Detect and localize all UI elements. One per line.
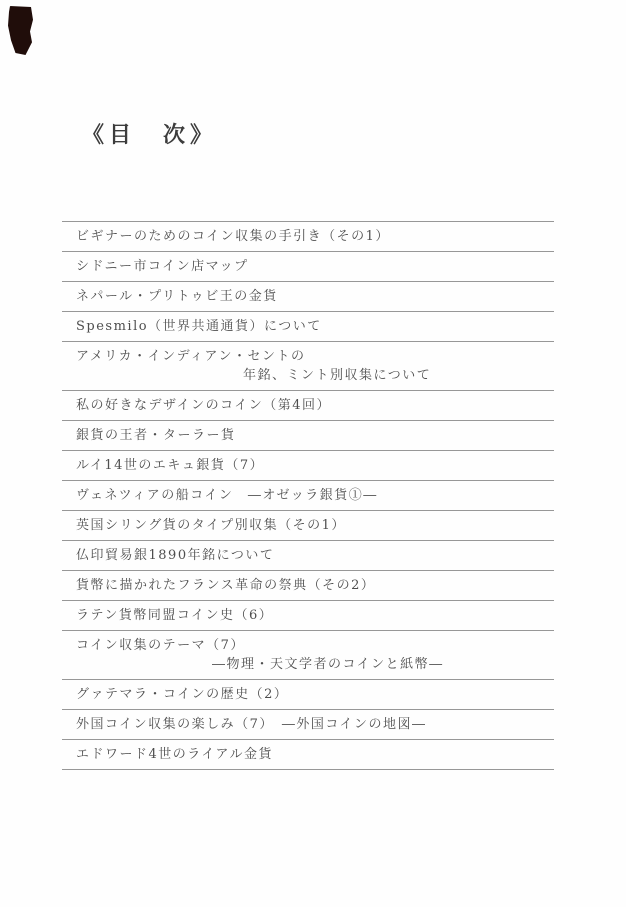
toc-row: ラテン貨幣同盟コイン史（6） [62, 601, 554, 631]
toc-row: 外国コイン収集の楽しみ（7） ―外国コインの地図― [62, 710, 554, 740]
toc-entry-title: ビギナーのためのコイン収集の手引き（その1） [76, 227, 554, 246]
toc-row: コイン収集のテーマ（7）―物理・天文学者のコインと紙幣― [62, 631, 554, 680]
toc-entry-title: 英国シリング貨のタイプ別収集（その1） [76, 516, 554, 535]
toc-entry-title: Spesmilo（世界共通通貨）について [76, 317, 554, 336]
scanned-toc-page: 《目 次》 ビギナーのためのコイン収集の手引き（その1）シドニー市コイン店マップ… [0, 0, 626, 907]
toc-row: ヴェネツィアの船コイン ―オゼッラ銀貨①― [62, 481, 554, 511]
toc-row: ネパール・プリトゥビ王の金貨 [62, 282, 554, 312]
toc-entry-title: 銀貨の王者・ターラー貨 [76, 426, 554, 445]
toc-entry-title: ラテン貨幣同盟コイン史（6） [76, 606, 554, 625]
toc-entry-title: コイン収集のテーマ（7） [76, 636, 554, 655]
toc-row: Spesmilo（世界共通通貨）について [62, 312, 554, 342]
toc-row: 仏印貿易銀1890年銘について [62, 541, 554, 571]
toc-row: 銀貨の王者・ターラー貨 [62, 421, 554, 451]
toc-entry-title: ヴェネツィアの船コイン ―オゼッラ銀貨①― [76, 486, 554, 505]
toc-row: ビギナーのためのコイン収集の手引き（その1） [62, 222, 554, 252]
toc-entry-title: シドニー市コイン店マップ [76, 257, 554, 276]
toc-entry-title: アメリカ・インディアン・セントの [76, 347, 554, 366]
toc-entry-title: ネパール・プリトゥビ王の金貨 [76, 287, 554, 306]
toc-row: 私の好きなデザインのコイン（第4回） [62, 391, 554, 421]
toc-entry-title: グァテマラ・コインの歴史（2） [76, 685, 554, 704]
toc-row: グァテマラ・コインの歴史（2） [62, 680, 554, 710]
toc-entry-title: 貨幣に描かれたフランス革命の祭典（その2） [76, 576, 554, 595]
toc-entry-title: 私の好きなデザインのコイン（第4回） [76, 396, 554, 415]
page-title: 《目 次》 [82, 118, 217, 149]
toc-row: アメリカ・インディアン・セントの年銘、ミント別収集について [62, 342, 554, 391]
toc-row: 英国シリング貨のタイプ別収集（その1） [62, 511, 554, 541]
toc-row: 貨幣に描かれたフランス革命の祭典（その2） [62, 571, 554, 601]
toc-row: エドワード4世のライアル金貨 [62, 740, 554, 770]
toc-entry-title: ルイ14世のエキュ銀貨（7） [76, 456, 554, 475]
scan-artifact-corner-blotch [8, 6, 33, 55]
toc-row: ルイ14世のエキュ銀貨（7） [62, 451, 554, 481]
toc-entry-title: エドワード4世のライアル金貨 [76, 745, 554, 764]
toc-entry-title: 外国コイン収集の楽しみ（7） ―外国コインの地図― [76, 715, 554, 734]
toc-list: ビギナーのためのコイン収集の手引き（その1）シドニー市コイン店マップネパール・プ… [62, 221, 554, 770]
toc-entry-title: 仏印貿易銀1890年銘について [76, 546, 554, 565]
toc-entry-subtitle: ―物理・天文学者のコインと紙幣― [212, 655, 554, 674]
toc-row: シドニー市コイン店マップ [62, 252, 554, 282]
toc-entry-subtitle: 年銘、ミント別収集について [243, 366, 554, 385]
